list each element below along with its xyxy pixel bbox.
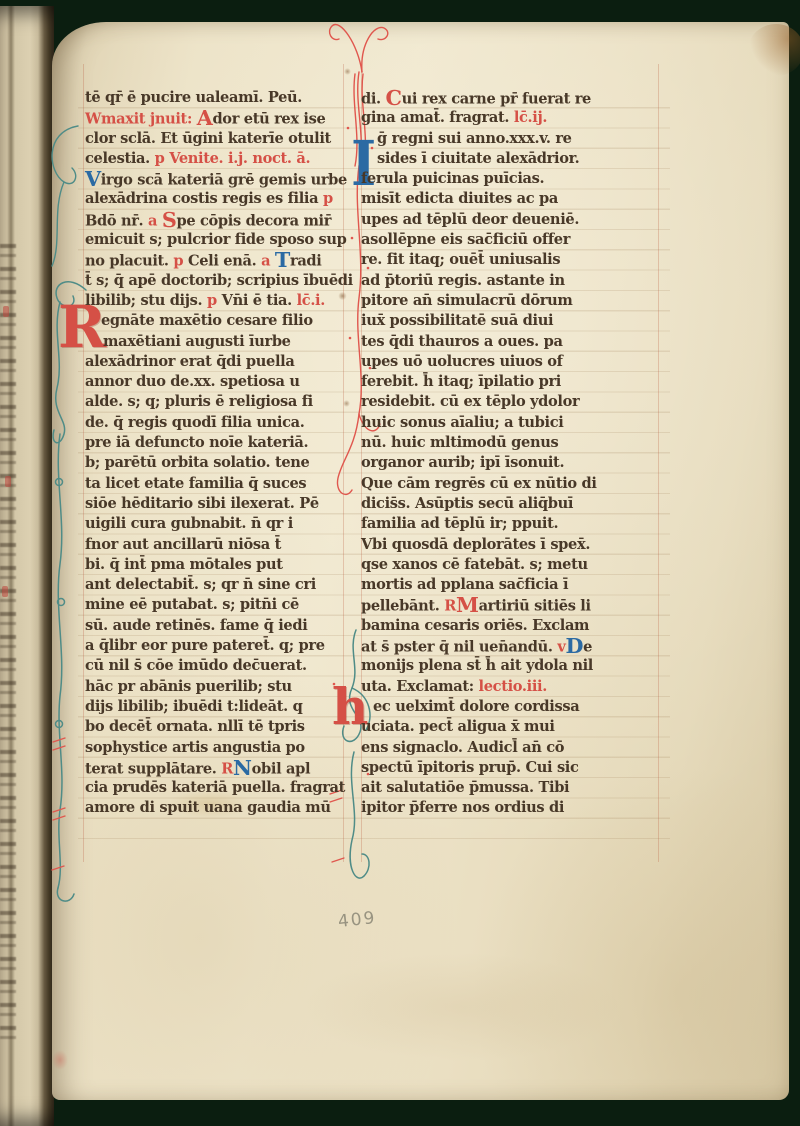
text-line: maxētiani augusti īurbe	[85, 332, 344, 352]
ink-text: sides ī ciuitate alexādrior.	[377, 150, 579, 167]
ink-text: spectū īpitoris prup̄. Cui sic	[361, 759, 579, 776]
text-line: Bdō nr̄. a Spe cōpis decora mir̄	[85, 210, 344, 230]
text-line: uta. Exclamat: lectio.iii.	[361, 677, 658, 697]
text-column-right: di. Cui rex carne pr̄ fuerat regina amat…	[361, 88, 658, 819]
ink-text: huic sonus aīaliu; a tubici	[361, 414, 563, 431]
text-line: t̄ s; q̄ apē doctorib; scripius ībuēdi	[85, 271, 344, 291]
initial-v-penwork-flourish	[22, 114, 86, 274]
ink-text: siōe hēditario sibi ilexerat. Pē	[85, 495, 319, 512]
text-line: asollēpne eis sac̄ficiū offer	[361, 230, 658, 250]
ink-text: a q̄libr eor pure pateret̄. q; pre	[85, 637, 325, 654]
red-inline-initial: A	[197, 106, 213, 130]
ink-text: Vn̄i ē tia.	[222, 292, 297, 309]
text-line: ec uelximt̄ dolore cordissa	[361, 697, 658, 717]
red-inline-initial: M	[456, 593, 479, 617]
rubric-text: p	[207, 292, 222, 309]
ink-text: irgo scā kateriā grē gemis urbe	[101, 172, 347, 189]
column-rule-right-outer	[658, 64, 659, 862]
ink-text: at s̄ pster q̄ nil uen̄andū.	[361, 638, 557, 655]
ink-text: ant delectabit̄. s; qr n̄ sine cri	[85, 576, 316, 593]
text-line: ait salutatiōe p̄mussa. Tibi	[361, 778, 658, 798]
ink-text: ipitor p̄ferre nos ordius di	[361, 799, 564, 816]
red-pigment-smudge	[52, 1050, 68, 1070]
ink-text: ui rex carne pr̄ fuerat re	[402, 90, 591, 107]
text-line: mortis ad pplana sac̄ficia ī	[361, 575, 658, 595]
ink-text: uciata. pect̄ aligua x̄ mui	[361, 718, 555, 735]
text-line: iux̄ possibilitatē suā diui	[361, 311, 658, 331]
photograph-backdrop: { "page": { "folio_number_pencil": "409"…	[0, 0, 800, 1126]
ink-text: ad p̄toriū regis. astante in	[361, 272, 565, 289]
ink-text: upes uō uolucres uiuos of	[361, 353, 563, 370]
text-line: pellebānt. RMartiriū sitiēs li	[361, 595, 658, 615]
text-line: bi. q̄ int̄ pma mōtales put	[85, 555, 344, 575]
ink-text: annor duo de.xx. spetiosa u	[85, 373, 300, 390]
red-inline-initial: C	[386, 86, 402, 110]
ink-text: pre iā defuncto noīe kateriā.	[85, 434, 308, 451]
text-line: terat supplātare. RNobil apl	[85, 758, 344, 778]
text-line: sophystice artis angustia po	[85, 738, 344, 758]
ink-text: nū. huic mltimodū genus	[361, 434, 558, 451]
text-line: dijs libilib; ibuēdi t:lideāt. q	[85, 697, 344, 717]
text-line: annor duo de.xx. spetiosa u	[85, 372, 344, 392]
text-line: pitore an̄ simulacrū dōrum	[361, 291, 658, 311]
blue-inline-initial: T	[275, 248, 290, 272]
rubric-text: Wmaxit jnuit:	[85, 111, 197, 128]
ink-text: amore di spuit uana gaudia mū	[85, 799, 331, 816]
ink-text: obil apl	[252, 760, 311, 777]
lower-margin-mottling	[302, 952, 622, 1062]
text-line: huic sonus aīaliu; a tubici	[361, 413, 658, 433]
text-line: gina amat̄. fragrat. lc̄.ij.	[361, 108, 658, 128]
text-line: ḡ regni sui anno.xxx.v. re	[361, 129, 658, 149]
text-line: ant delectabit̄. s; qr n̄ sine cri	[85, 575, 344, 595]
text-line: uciata. pect̄ aligua x̄ mui	[361, 717, 658, 737]
text-line: monijs plena st̄ h̄ ait ydola nil	[361, 656, 658, 676]
ink-text: dicis̄s. Asūptis secū aliq̄buī	[361, 495, 573, 512]
red-inline-initial: S	[162, 208, 177, 232]
ink-text: ec uelximt̄ dolore cordissa	[373, 698, 579, 715]
previous-folio-rubric-fragment	[5, 476, 11, 487]
ink-text: asollēpne eis sac̄ficiū offer	[361, 231, 570, 248]
text-line: alexādrina costis regis es filia p	[85, 189, 344, 209]
ink-text: sophystice artis angustia po	[85, 739, 305, 756]
text-line: emicuit s; pulcrior fide sposo sup	[85, 230, 344, 250]
rubric-text: lc̄.i.	[297, 292, 325, 309]
ink-text: emicuit s; pulcrior fide sposo sup	[85, 231, 347, 248]
ink-text: Vbi quosdā deplorātes ī spex̄.	[361, 536, 590, 553]
text-line: ens signaclo. Audicl̄ an̄ cō	[361, 738, 658, 758]
rubric-text: R	[444, 598, 456, 615]
text-line: a q̄libr eor pure pateret̄. q; pre	[85, 636, 344, 656]
ink-text: sū. aude retinēs. fame q̄ iedi	[85, 617, 307, 634]
text-line: organor aurib; ipī īsonuit.	[361, 453, 658, 473]
rubric-text: lectio.iii.	[479, 678, 547, 695]
corner-foxing-stain	[748, 24, 800, 76]
ink-text: ait salutatiōe p̄mussa. Tibi	[361, 779, 569, 796]
blue-inline-initial: V	[85, 167, 101, 191]
rubric-text: a	[148, 212, 162, 229]
text-line: uigili cura gubnabit. n̄ qr i	[85, 514, 344, 534]
text-line: familia ad tēplū ir; ppuit.	[361, 514, 658, 534]
text-line: fnor aut ancillarū niōsa t̄	[85, 535, 344, 555]
text-line: ferula puicinas puīcias.	[361, 169, 658, 189]
text-line: alexādrinor erat q̄di puella	[85, 352, 344, 372]
text-line: ad p̄toriū regis. astante in	[361, 271, 658, 291]
ink-text: mine eē putabat. s; pitn̄i cē	[85, 596, 299, 613]
text-line: dicis̄s. Asūptis secū aliq̄buī	[361, 494, 658, 514]
ink-text: iux̄ possibilitatē suā diui	[361, 312, 553, 329]
ink-text: di.	[361, 90, 386, 107]
ink-text: Que cām regrēs cū ex nūtio di	[361, 475, 597, 492]
text-line: cū nil s̄ cōe imūdo dec̄uerat.	[85, 656, 344, 676]
ink-text: de. q̄ regis quodī filia unica.	[85, 414, 304, 431]
previous-folio-text-fragments	[0, 244, 16, 1044]
ink-text: cū nil s̄ cōe imūdo dec̄uerat.	[85, 657, 307, 674]
ink-text: ferebit. h̄ itaq; īpilatio pri	[361, 373, 561, 390]
text-line: sides ī ciuitate alexādrior.	[361, 149, 658, 169]
ink-text: alexādrinor erat q̄di puella	[85, 353, 294, 370]
ink-text: alde. s; q; pluris ē religiosa fi	[85, 393, 313, 410]
text-line: residebit. cū ex tēplo ydolor	[361, 392, 658, 412]
text-line: celestia. p Venite. i.j. noct. ā.	[85, 149, 344, 169]
text-column-left: tē qr̄ ē pucire ualeamī. Peū.Wmaxit jnui…	[85, 88, 344, 819]
ink-text: upes ad tēplū deor deueniē.	[361, 211, 579, 228]
text-line: ta licet etate familia q̄ suces	[85, 474, 344, 494]
ink-text: maxētiani augusti īurbe	[103, 333, 291, 350]
text-line: hāc pr abānis puerilib; stu	[85, 677, 344, 697]
ink-text: b; parētū orbita solatio. tene	[85, 454, 309, 471]
ink-text: artiriū sitiēs li	[479, 598, 591, 615]
ink-text: uta. Exclamat:	[361, 678, 479, 695]
ink-text: libilib; stu dijs.	[85, 292, 207, 309]
text-line: pre iā defuncto noīe kateriā.	[85, 433, 344, 453]
rubric-text: R	[221, 760, 233, 777]
text-line: qse xanos cē fatebāt. s; metu	[361, 555, 658, 575]
rubric-text: p Venite. i.j. noct. ā.	[155, 150, 311, 167]
ink-text: t̄ s; q̄ apē doctorib; scripius ībuēdi	[85, 272, 353, 289]
rubric-text: p	[173, 253, 188, 270]
ink-text: ta licet etate familia q̄ suces	[85, 475, 306, 492]
ink-text: e	[583, 638, 592, 655]
text-line: sū. aude retinēs. fame q̄ iedi	[85, 616, 344, 636]
ink-text: clor sclā. Et ūgini katerīe otulit	[85, 130, 331, 147]
pencil-folio-number: 409	[337, 908, 377, 932]
text-line: mine eē putabat. s; pitn̄i cē	[85, 595, 344, 615]
ink-text: radi	[290, 253, 322, 270]
previous-folio-rubric-fragment	[3, 306, 9, 317]
ink-text: pe cōpis decora mir̄	[176, 212, 331, 229]
text-line: bo decēt̄ ornata. nllī tē tpris	[85, 717, 344, 737]
ink-text: terat supplātare.	[85, 760, 221, 777]
text-line: at s̄ pster q̄ nil uen̄andū. vDe	[361, 636, 658, 656]
text-line: ferebit. h̄ itaq; īpilatio pri	[361, 372, 658, 392]
rubric-text: lc̄.ij.	[514, 109, 547, 126]
previous-folio-rubric-fragment	[2, 586, 8, 597]
text-line: re. fit itaq; ouēt̄ uniusalis	[361, 250, 658, 270]
ink-text: egnāte maxētio cesare filio	[101, 312, 313, 329]
text-line: alde. s; q; pluris ē religiosa fi	[85, 392, 344, 412]
text-line: Vbi quosdā deplorātes ī spex̄.	[361, 535, 658, 555]
ink-text: ḡ regni sui anno.xxx.v. re	[377, 130, 572, 147]
text-line: libilib; stu dijs. p Vn̄i ē tia. lc̄.i.	[85, 291, 344, 311]
text-line: amore di spuit uana gaudia mū	[85, 798, 344, 818]
text-line: upes uō uolucres uiuos of	[361, 352, 658, 372]
rubric-text: a	[261, 253, 275, 270]
ink-text: cia prudēs kateriā puella. fragrat	[85, 779, 345, 796]
text-line: siōe hēditario sibi ilexerat. Pē	[85, 494, 344, 514]
ink-text: dor etū rex ise	[212, 111, 325, 128]
text-line: misīt edicta diuites ac pa	[361, 189, 658, 209]
text-line: b; parētū orbita solatio. tene	[85, 453, 344, 473]
text-line: Que cām regrēs cū ex nūtio di	[361, 474, 658, 494]
ink-text: bo decēt̄ ornata. nllī tē tpris	[85, 718, 305, 735]
ink-text: organor aurib; ipī īsonuit.	[361, 454, 564, 471]
ink-text: tē qr̄ ē pucire ualeamī. Peū.	[85, 89, 302, 106]
ink-text: residebit. cū ex tēplo ydolor	[361, 393, 579, 410]
ink-text: celestia.	[85, 150, 155, 167]
ink-text: no placuit.	[85, 253, 173, 270]
text-line: Wmaxit jnuit: Ador etū rex ise	[85, 108, 344, 128]
blue-inline-initial: N	[233, 756, 252, 780]
text-line: tes q̄di thauros a oues. pa	[361, 332, 658, 352]
ink-text: Celi enā.	[188, 253, 261, 270]
text-line: de. q̄ regis quodī filia unica.	[85, 413, 344, 433]
text-line: tē qr̄ ē pucire ualeamī. Peū.	[85, 88, 344, 108]
text-line: clor sclā. Et ūgini katerīe otulit	[85, 129, 344, 149]
ink-text: pellebānt.	[361, 598, 444, 615]
ink-text: qse xanos cē fatebāt. s; metu	[361, 556, 588, 573]
blue-inline-initial: D	[565, 634, 583, 658]
text-line: no placuit. p Celi enā. a Tradi	[85, 250, 344, 270]
text-line: cia prudēs kateriā puella. fragrat	[85, 778, 344, 798]
ink-text: bamina cesaris oriēs. Exclam	[361, 617, 589, 634]
ink-text: ens signaclo. Audicl̄ an̄ cō	[361, 739, 564, 756]
ink-text: tes q̄di thauros a oues. pa	[361, 333, 563, 350]
text-line: ipitor p̄ferre nos ordius di	[361, 798, 658, 818]
ink-text: misīt edicta diuites ac pa	[361, 190, 558, 207]
ink-text: familia ad tēplū ir; ppuit.	[361, 515, 558, 532]
text-line: Virgo scā kateriā grē gemis urbe	[85, 169, 344, 189]
ink-text: ferula puicinas puīcias.	[361, 170, 544, 187]
ink-text: hāc pr abānis puerilib; stu	[85, 678, 292, 695]
ink-text: monijs plena st̄ h̄ ait ydola nil	[361, 657, 593, 674]
ink-text: uigili cura gubnabit. n̄ qr i	[85, 515, 293, 532]
text-block: tē qr̄ ē pucire ualeamī. Peū.Wmaxit jnui…	[85, 88, 658, 819]
text-line: bamina cesaris oriēs. Exclam	[361, 616, 658, 636]
text-line: nū. huic mltimodū genus	[361, 433, 658, 453]
ink-text: pitore an̄ simulacrū dōrum	[361, 292, 572, 309]
ink-text: re. fit itaq; ouēt̄ uniusalis	[361, 251, 560, 268]
ink-text: mortis ad pplana sac̄ficia ī	[361, 576, 568, 593]
manuscript-page: R I h tē qr̄ ē pucire ualeamī. Peū.Wmaxi…	[52, 22, 789, 1100]
text-line: spectū īpitoris prup̄. Cui sic	[361, 758, 658, 778]
ink-text: fnor aut ancillarū niōsa t̄	[85, 536, 281, 553]
ink-text: gina amat̄. fragrat.	[361, 109, 514, 126]
ink-text: alexādrina costis regis es filia	[85, 190, 323, 207]
text-line: upes ad tēplū deor deueniē.	[361, 210, 658, 230]
text-line: egnāte maxētio cesare filio	[85, 311, 344, 331]
rubric-text: p	[323, 190, 333, 207]
text-line: di. Cui rex carne pr̄ fuerat re	[361, 88, 658, 108]
ink-text: dijs libilib; ibuēdi t:lideāt. q	[85, 698, 302, 715]
ink-text: Bdō nr̄.	[85, 212, 148, 229]
ink-text: bi. q̄ int̄ pma mōtales put	[85, 556, 283, 573]
